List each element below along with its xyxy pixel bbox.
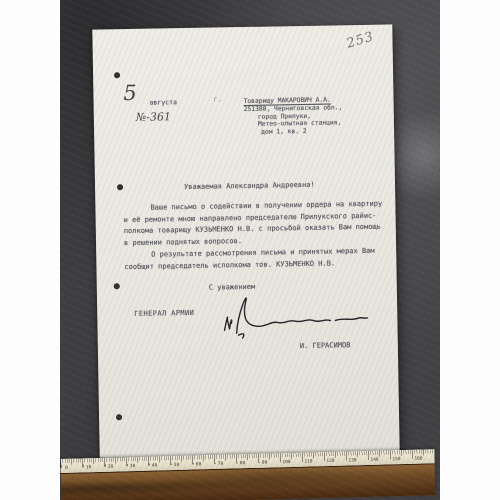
- date-year-mark: г.: [213, 95, 222, 103]
- handwritten-ref-number: №-361: [136, 110, 171, 124]
- ruler: 0 10 20 30 40 50 60 70 80 90 100 110 120…: [60, 449, 435, 500]
- archive-page-number: 253: [345, 29, 376, 51]
- salutation: Уважаемая Александра Андреевна!: [184, 181, 315, 191]
- handwritten-date-day: 5: [123, 81, 137, 105]
- ruler-number: 30: [130, 464, 136, 469]
- punch-hole: [117, 184, 123, 190]
- screenshot-canvas: 253 5 августа г. №-361 Товарищу МАКАРОВИ…: [0, 0, 500, 500]
- ruler-number: 40: [152, 463, 158, 468]
- ruler-number: 140: [370, 458, 378, 463]
- recipient-house: дом 1, кв. 2: [244, 127, 343, 137]
- ruler-number: 70: [218, 462, 224, 467]
- ruler-number: 110: [304, 459, 312, 464]
- ruler-number: 80: [240, 461, 246, 466]
- body-paragraph-1: Ваше письмо о содействии в получении орд…: [123, 199, 386, 250]
- punch-hole: [116, 414, 122, 420]
- ruler-number: 160: [414, 457, 422, 462]
- ruler-number: 50: [174, 463, 180, 468]
- handwritten-signature-icon: [215, 288, 374, 341]
- ruler-number: 100: [282, 460, 290, 465]
- ruler-number: 60: [196, 462, 202, 467]
- punch-hole: [114, 72, 120, 78]
- ruler-number: 150: [392, 457, 400, 462]
- body-paragraph-2: О результате рассмотрения письма и приня…: [124, 246, 386, 274]
- ruler-number: 130: [348, 458, 356, 463]
- ruler-number: 120: [326, 459, 334, 464]
- archive-photo: 253 5 августа г. №-361 Товарищу МАКАРОВИ…: [60, 0, 440, 500]
- recipient-address-block: Товарищу МАКАРОВИЧ А.А. 251380, Чернигов…: [244, 96, 343, 137]
- ruler-number: 0: [65, 466, 68, 471]
- ruler-number: 10: [86, 465, 92, 470]
- letter-document: 253 5 августа г. №-361 Товарищу МАКАРОВИ…: [92, 24, 399, 457]
- date-month: августа: [150, 98, 178, 106]
- ruler-number: 90: [262, 461, 268, 466]
- punch-hole: [114, 283, 120, 289]
- signer-name: И. ГЕРАСИМОВ: [300, 341, 351, 350]
- ruler-number: 20: [108, 465, 114, 470]
- signer-rank: ГЕНЕРАЛ АРМИИ: [134, 309, 194, 318]
